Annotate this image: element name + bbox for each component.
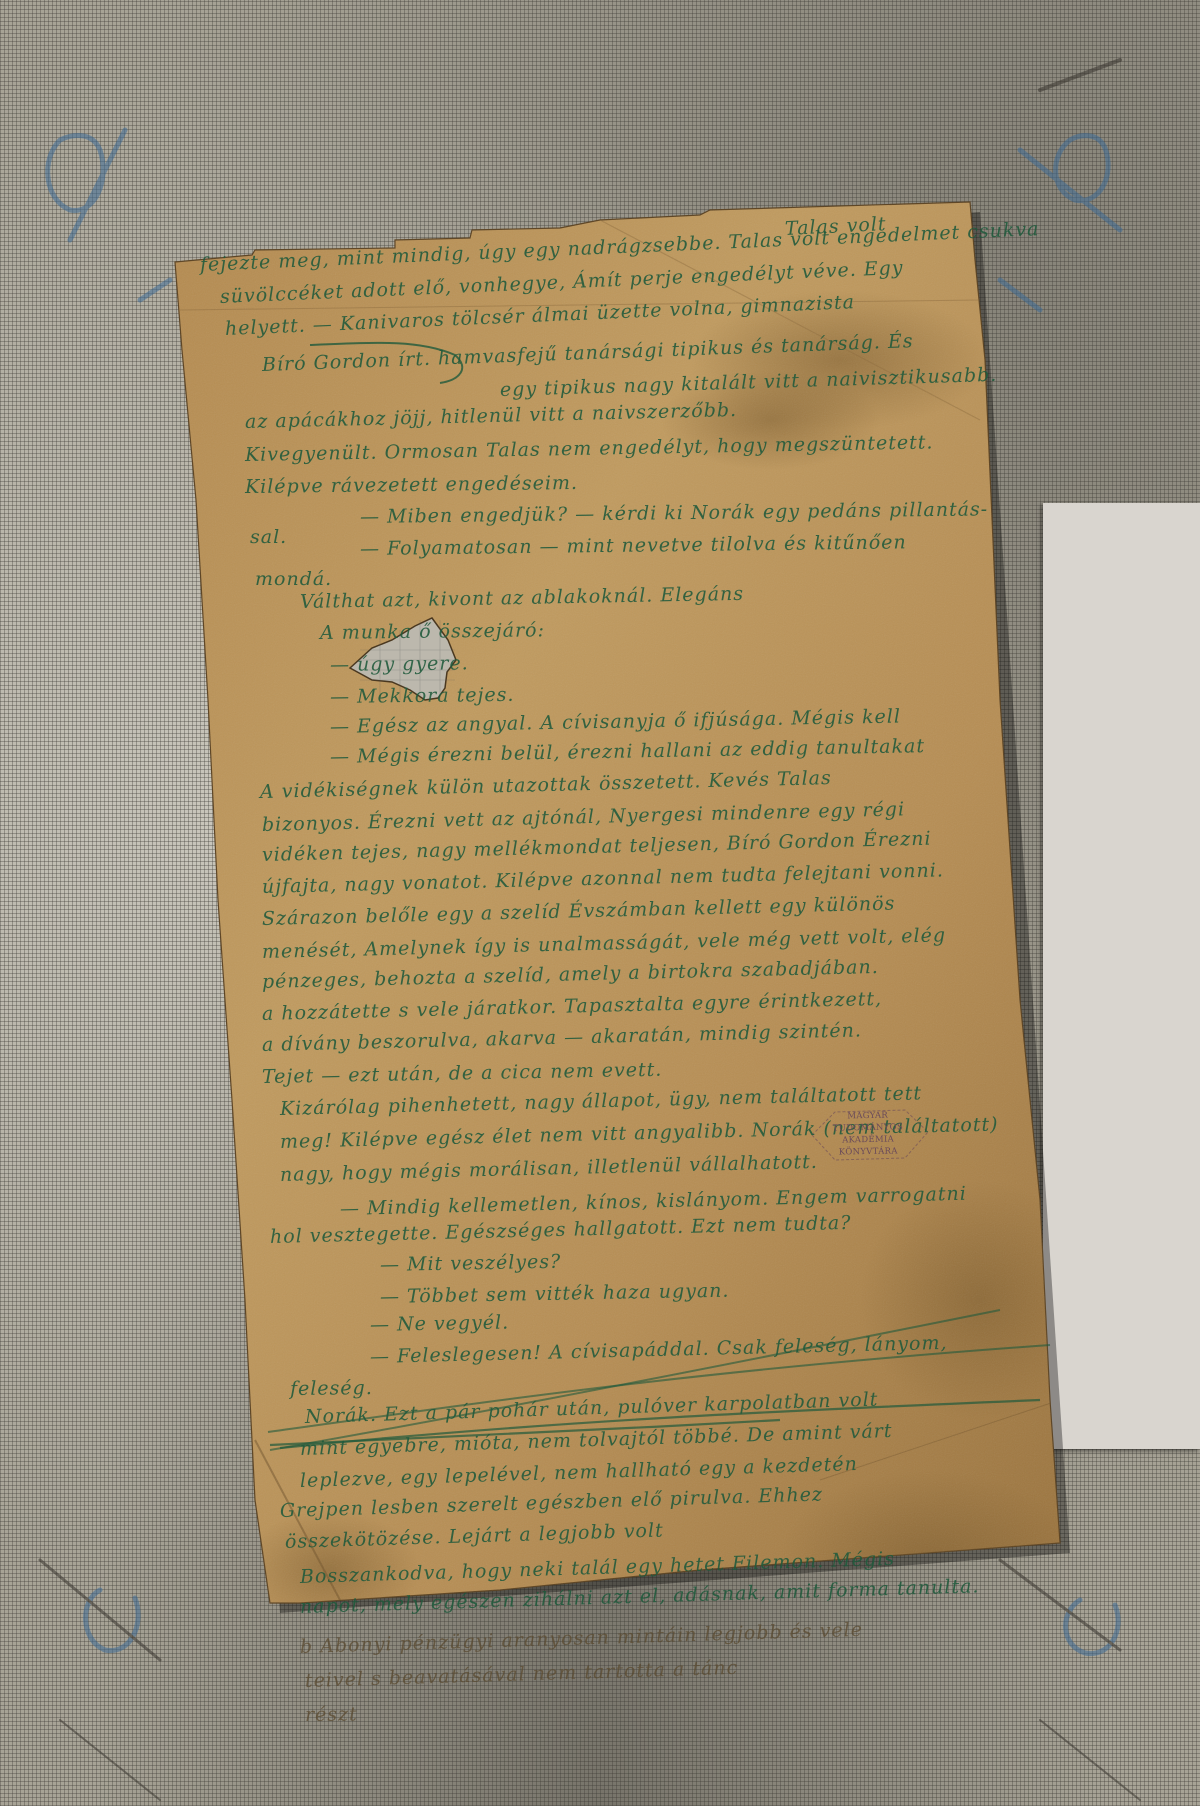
artwork-layer <box>0 0 1200 1806</box>
stamp-line-2: TUDOMÁNYOS AKADÉMIA <box>808 1121 928 1147</box>
stamp-line-3: KÖNYVTÁRA <box>808 1145 928 1159</box>
library-stamp: MAGYAR TUDOMÁNYOS AKADÉMIA KÖNYVTÁRA <box>808 1109 929 1159</box>
photo-stage: Talas voltfejezte meg, mint mindig, úgy … <box>0 0 1200 1806</box>
